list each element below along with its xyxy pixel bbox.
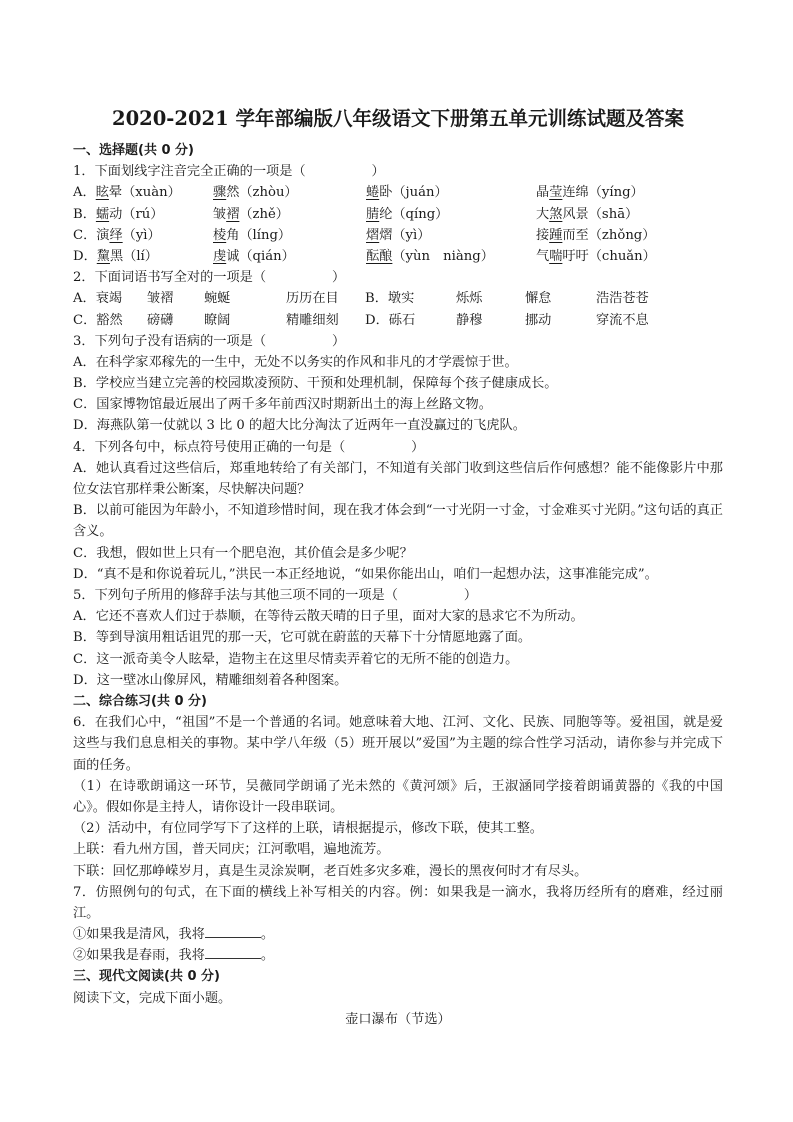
question-2-options: A．衰竭皱褶蜿蜒历历在目B．墩实烁烁懈怠浩浩苍苍C．豁然磅礴瞭阔精雕细刻D．砾石… (73, 288, 723, 330)
underlined-char: 褶 (226, 207, 239, 222)
question-1-option-row: C．演绎（yì）棱角（líng）熠熠（yì）接踵而至（zhǒng） (73, 225, 723, 246)
question-4-option-b: B．以前可能因为年龄小，不知道珍惜时间，现在我才体会到“一寸光阴一寸金，寸金难买… (73, 500, 723, 542)
word-item: D．砾石 (365, 310, 415, 331)
underlined-char: 骤 (213, 185, 226, 200)
word-rest: （yùn niàng） (392, 249, 494, 264)
question-6-sub-2: （2）活动中，有位同学写下了这样的上联，请根据提示，修改下联，使其工整。 (73, 818, 723, 839)
question-2-option-row: A．衰竭皱褶蜿蜒历历在目B．墩实烁烁懈怠浩浩苍苍 (73, 288, 723, 309)
pinyin-item: 接踵而至（zhǒng） (536, 225, 655, 246)
word-item: 穿流不息 (596, 310, 649, 331)
reading-instruction: 阅读下文，完成下面小题。 (73, 988, 723, 1009)
question-4-option-c: C．我想，假如世上只有一个肥皂泡，其价值会是多少呢？ (73, 543, 723, 564)
question-3-option-b: B．学校应当建立完善的校园欺凌预防、干预和处理机制，保障每个孩子健康成长。 (73, 373, 723, 394)
question-5-option-b: B．等到导演用粗话诅咒的那一天，它可就在蔚蓝的天幕下十分情愿地露了面。 (73, 627, 723, 648)
question-7-item-2: ②如果我是春雨，我将。 (73, 945, 723, 966)
question-4-option-d: D．“真不是和你说着玩儿，”洪民一本正经地说，“如果你能出山，咱们一起想办法，这… (73, 564, 723, 585)
question-3-stem: 3．下列句子没有语病的一项是（ ） (73, 331, 723, 352)
word-rest: 角（líng） (226, 228, 291, 243)
couplet-upper: 上联：看九州方国，普天同庆；江河歌唱，遍地流芳。 (73, 839, 723, 860)
question-1-option-row: B．蠕动（rú）皱褶（zhě）腈纶（qíng）大煞风景（shā） (73, 204, 723, 225)
question-1-option-row: D．黧黑（lí）虔诚（qián）酝酿（yùn niàng）气喘吁吁（chuǎn） (73, 246, 723, 267)
underlined-char: 棱 (213, 228, 226, 243)
underlined-char: 熠 (366, 228, 379, 243)
couplet-lower: 下联：回忆那峥嵘岁月，真是生灵涂炭啊，老百姓多灾多难，漫长的黑夜何时才有尽头。 (73, 861, 723, 882)
word-rest: 卧（juán） (379, 185, 448, 200)
question-5-option-c: C．这一派奇美令人眩晕，造物主在这里尽情卖弄着它的无所不能的创造力。 (73, 649, 723, 670)
option-label: A． (73, 185, 96, 200)
word-item: 挪动 (525, 310, 551, 331)
pinyin-item: D．黧黑（lí） (73, 246, 158, 267)
pinyin-item: 酝酿（yùn niàng） (366, 246, 494, 267)
underlined-char: 踵 (549, 228, 562, 243)
underlined-char: 莹 (549, 185, 562, 200)
section-heading-3: 三、现代文阅读(共 0 分) (73, 966, 723, 987)
option-label: C． (73, 228, 96, 243)
answer-blank[interactable] (205, 946, 261, 959)
underlined-char: 蠕 (96, 207, 109, 222)
word-rest: 动（rú） (109, 207, 163, 222)
pinyin-item: 熠熠（yì） (366, 225, 430, 246)
section-heading-2: 二、综合练习(共 0 分) (73, 691, 723, 712)
item-text: ②如果我是春雨，我将 (73, 948, 205, 963)
question-7-intro: 7．仿照例句的句式，在下面的横线上补写相关的内容。例：如果我是一滴水，我将历经所… (73, 882, 723, 924)
pinyin-item: B．蠕动（rú） (73, 204, 163, 225)
underlined-char: 酝酿 (366, 249, 392, 264)
word-item: 懈怠 (525, 288, 551, 309)
question-4-stem: 4．下列各句中，标点符号使用正确的一句是（ ） (73, 437, 723, 458)
question-3-option-c: C．国家博物馆最近展出了两千多年前西汉时期新出土的海上丝路文物。 (73, 394, 723, 415)
word-rest: 诚（qián） (226, 249, 295, 264)
underlined-char: 眩 (96, 185, 109, 200)
question-6-sub-1: （1）在诗歌朗诵这一环节，吴薇同学朗诵了光未然的《黄河颂》后，王淑涵同学接着朗诵… (73, 776, 723, 818)
word-rest: （yì） (123, 228, 161, 243)
underlined-char: 黧 (97, 249, 110, 264)
question-5-stem: 5．下列句子所用的修辞手法与其他三项不同的一项是（ ） (73, 585, 723, 606)
pinyin-item: 蜷卧（juán） (366, 182, 448, 203)
question-3-option-a: A．在科学家邓稼先的一生中，无处不以务实的作风和非凡的才学震惊于世。 (73, 352, 723, 373)
word-item: 皱褶 (147, 288, 173, 309)
pinyin-item: 骤然（zhòu） (213, 182, 298, 203)
question-5-option-d: D．这一壁冰山像屏风，精雕细刻着各种图案。 (73, 670, 723, 691)
pinyin-item: 晶莹连绵（yíng） (536, 182, 644, 203)
word-item: 静穆 (456, 310, 482, 331)
word-rest: 晕（xuàn） (109, 185, 181, 200)
pinyin-item: A．眩晕（xuàn） (73, 182, 181, 203)
pinyin-item: 棱角（líng） (213, 225, 291, 246)
document-title: 2020-2021 学年部编版八年级语文下册第五单元训练试题及答案 (73, 104, 723, 134)
word-prefix: 晶 (536, 185, 549, 200)
section-heading-1: 一、选择题(共 0 分) (73, 140, 723, 161)
question-4-option-a: A．她认真看过这些信后，郑重地转给了有关部门，不知道有关部门收到这些信后作何感想… (73, 458, 723, 500)
word-rest: （zhě） (239, 207, 289, 222)
item-text: ①如果我是清风，我将 (73, 927, 205, 942)
word-item: 磅礴 (147, 310, 173, 331)
underlined-char: 绎 (109, 228, 122, 243)
option-label: B． (73, 207, 96, 222)
word-item: 精雕细刻 (286, 310, 339, 331)
word-rest: 而至（zhǒng） (562, 228, 655, 243)
item-end: 。 (261, 948, 274, 963)
word-item: 瞭阔 (204, 310, 230, 331)
underlined-char: 煞 (549, 207, 562, 222)
pinyin-item: 大煞风景（shā） (536, 204, 638, 225)
passage-title: 壶口瀑布（节选） (73, 1009, 723, 1030)
word-rest: 风景（shā） (562, 207, 638, 222)
underlined-char: 虔 (213, 249, 226, 264)
word-item: B．墩实 (365, 288, 414, 309)
word-item: C．豁然 (73, 310, 123, 331)
word-item: 历历在目 (286, 288, 339, 309)
document-page: 2020-2021 学年部编版八年级语文下册第五单元训练试题及答案 一、选择题(… (73, 104, 723, 1030)
word-item: 浩浩苍苍 (596, 288, 649, 309)
word-prefix: 气 (536, 249, 549, 264)
underlined-char: 蜷 (366, 185, 379, 200)
word-rest: 连绵（yíng） (562, 185, 643, 200)
underlined-char: 腈 (366, 207, 379, 222)
pinyin-item: 虔诚（qián） (213, 246, 295, 267)
word-prefix: 大 (536, 207, 549, 222)
word-rest: 纶（qíng） (379, 207, 448, 222)
word-prefix: 接 (536, 228, 549, 243)
pinyin-item: C．演绎（yì） (73, 225, 161, 246)
word-rest: 黑（lí） (110, 249, 158, 264)
word-rest: 吁吁（chuǎn） (562, 249, 655, 264)
pinyin-item: 气喘吁吁（chuǎn） (536, 246, 656, 267)
question-5-option-a: A．它还不喜欢人们过于恭顺，在等待云散天晴的日子里，面对大家的恳求它不为所动。 (73, 606, 723, 627)
pinyin-item: 腈纶（qíng） (366, 204, 448, 225)
answer-blank[interactable] (205, 925, 261, 938)
question-2-option-row: C．豁然磅礴瞭阔精雕细刻D．砾石静穆挪动穿流不息 (73, 310, 723, 331)
question-1-stem: 1．下面划线字注音完全正确的一项是（ ） (73, 161, 723, 182)
word-item: 蜿蜒 (204, 288, 230, 309)
word-prefix: 演 (96, 228, 109, 243)
question-6-intro: 6．在我们心中，“祖国”不是一个普通的名词。她意味着大地、江河、文化、民族、同胞… (73, 712, 723, 776)
question-7-item-1: ①如果我是清风，我将。 (73, 924, 723, 945)
question-1-options: A．眩晕（xuàn）骤然（zhòu）蜷卧（juán）晶莹连绵（yíng）B．蠕动… (73, 182, 723, 267)
pinyin-item: 皱褶（zhě） (213, 204, 289, 225)
question-3-option-d: D．海燕队第一仗就以 3 比 0 的超大比分淘汰了近两年一直没赢过的飞虎队。 (73, 415, 723, 436)
word-rest: 然（zhòu） (226, 185, 297, 200)
question-2-stem: 2．下面词语书写全对的一项是（ ） (73, 267, 723, 288)
question-1-option-row: A．眩晕（xuàn）骤然（zhòu）蜷卧（juán）晶莹连绵（yíng） (73, 182, 723, 203)
item-end: 。 (261, 927, 274, 942)
word-item: 烁烁 (456, 288, 482, 309)
underlined-char: 喘 (549, 249, 562, 264)
word-rest: 熠（yì） (379, 228, 430, 243)
option-label: D． (73, 249, 97, 264)
word-item: A．衰竭 (73, 288, 122, 309)
word-prefix: 皱 (213, 207, 226, 222)
